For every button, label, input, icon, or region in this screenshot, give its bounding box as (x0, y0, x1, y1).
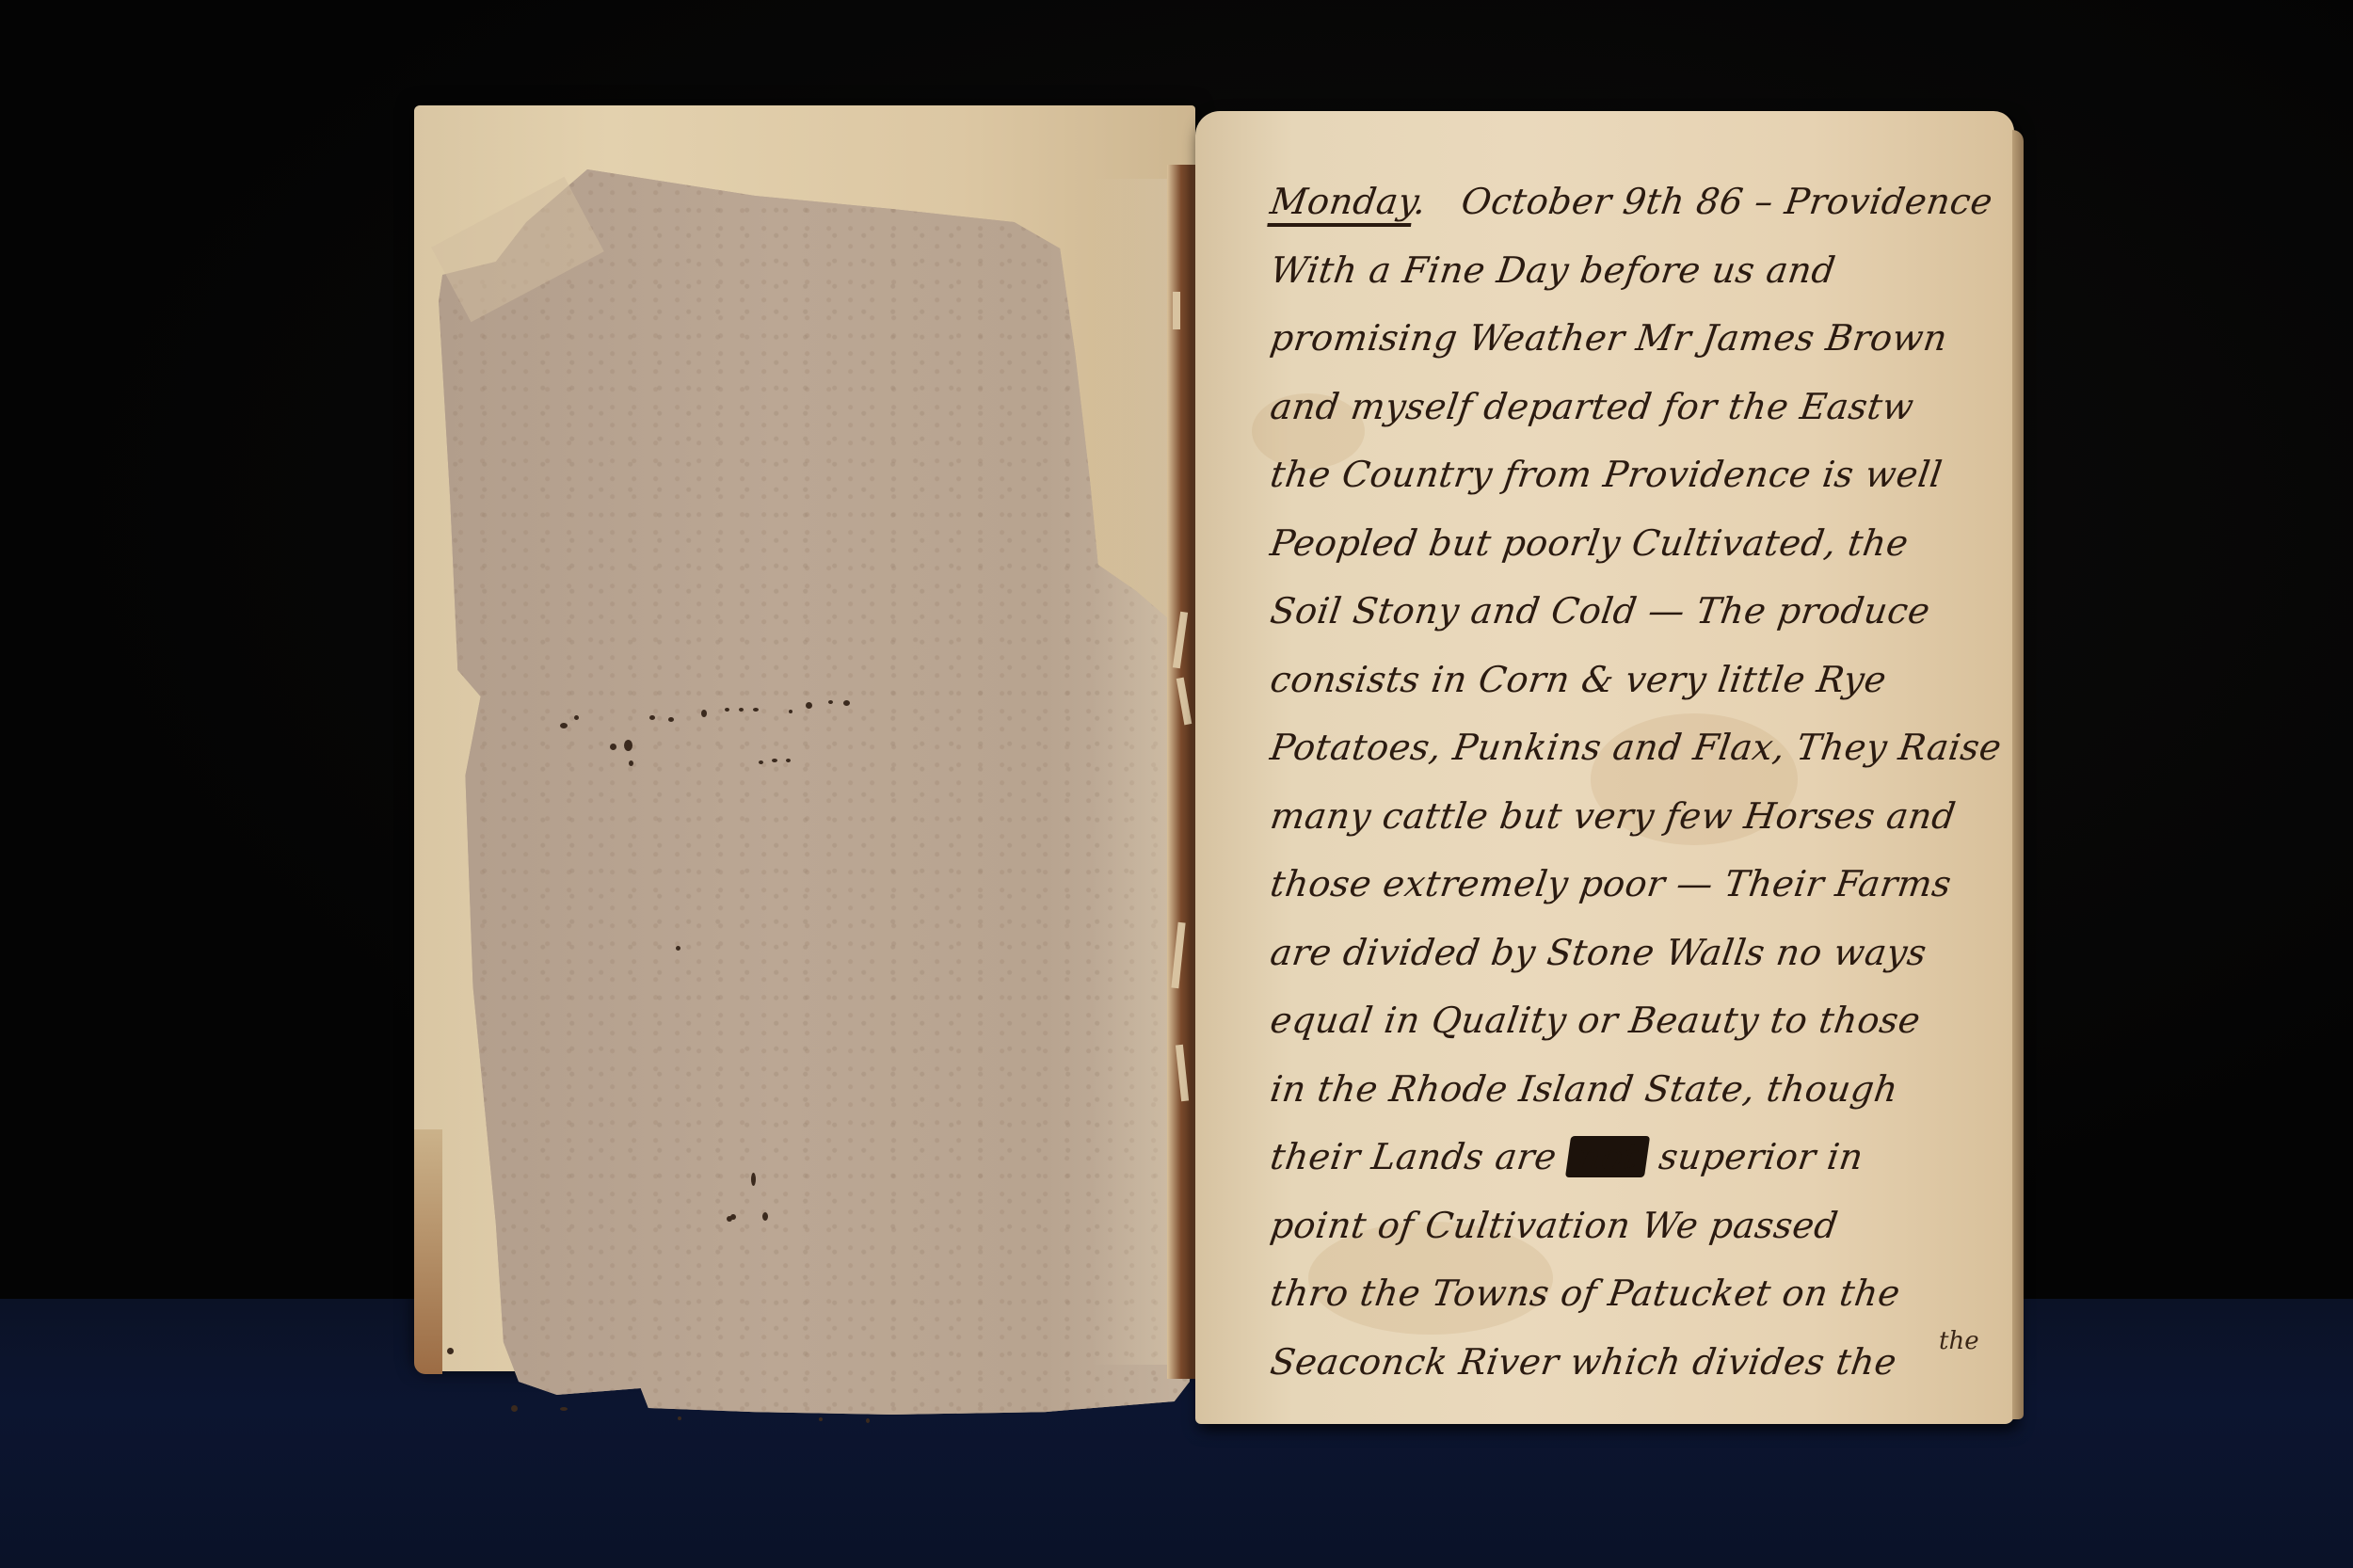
journal-line: Potatoes, Punkins and Flax, They Raise (1266, 713, 2019, 782)
journal-line: equal in Quality or Beauty to those (1266, 986, 2019, 1055)
ink-spot (762, 1212, 768, 1221)
ink-spot (624, 740, 632, 751)
ink-spot (560, 1407, 568, 1411)
journal-line: many cattle but very few Horses and (1266, 782, 2019, 851)
journal-line: those extremely poor — Their Farms (1266, 850, 2019, 919)
journal-line: in the Rhode Island State, though (1266, 1055, 2019, 1124)
ink-spot (560, 723, 568, 728)
ink-spot (649, 715, 655, 720)
journal-line: Peopled but poorly Cultivated, the (1266, 509, 2019, 578)
ink-spot (828, 700, 833, 704)
journal-line: Seaconck River which divides the (1266, 1328, 2019, 1397)
ink-spot (819, 1417, 823, 1421)
ink-spot (759, 760, 763, 764)
ink-spot (574, 715, 579, 720)
journal-line: With a Fine Day before us and (1266, 236, 2019, 305)
ink-spot (786, 759, 791, 762)
entry-date: October 9th 86 (1459, 181, 1746, 222)
ink-spot (772, 759, 777, 762)
entry-day: Monday (1268, 181, 1417, 222)
journal-line: consists in Corn & very little Rye (1266, 646, 2019, 714)
ink-spot (751, 1173, 756, 1186)
ink-spot (668, 717, 674, 722)
journal-line: thro the Towns of Patucket on the (1266, 1259, 2019, 1328)
entry-heading: Monday. October 9th 86 – Providence (1266, 168, 2019, 236)
ink-spot (447, 1348, 454, 1354)
entry-place: Providence (1783, 181, 1995, 222)
journal-line: promising Weather Mr James Brown (1266, 304, 2019, 373)
ink-spot (701, 710, 707, 717)
struck-out-word: not (1565, 1136, 1650, 1177)
journal-line: the Country from Providence is well (1266, 440, 2019, 509)
ink-spot (789, 710, 792, 713)
ink-spot (629, 760, 633, 766)
journal-line: point of Cultivation We passed (1266, 1192, 2019, 1260)
ink-spot (806, 702, 812, 709)
ink-spot (739, 708, 744, 712)
ink-spot (610, 744, 616, 750)
ink-spot (753, 708, 759, 712)
ink-spot (866, 1418, 870, 1423)
catchword: the (1939, 1327, 1979, 1355)
journal-line: Soil Stony and Cold — The produce (1266, 577, 2019, 646)
journal-entry: Monday. October 9th 86 – Providence With… (1271, 168, 2014, 1396)
journal-line-with-strike: their Lands are not superior in (1266, 1123, 2019, 1192)
journal-line: and myself departed for the Eastw (1266, 373, 2019, 441)
ink-spot (730, 1214, 736, 1220)
line-text: their Lands are (1268, 1136, 1560, 1177)
ink-spot (676, 946, 680, 951)
ink-spot (511, 1405, 518, 1412)
ink-spot (725, 708, 729, 712)
line-text: superior in (1657, 1136, 1866, 1177)
cover-corner-edge (414, 1129, 442, 1374)
ink-spot (843, 700, 850, 706)
ink-spot (678, 1416, 681, 1420)
spine-flake (1173, 292, 1180, 329)
journal-line: are divided by Stone Walls no ways (1266, 919, 2019, 987)
